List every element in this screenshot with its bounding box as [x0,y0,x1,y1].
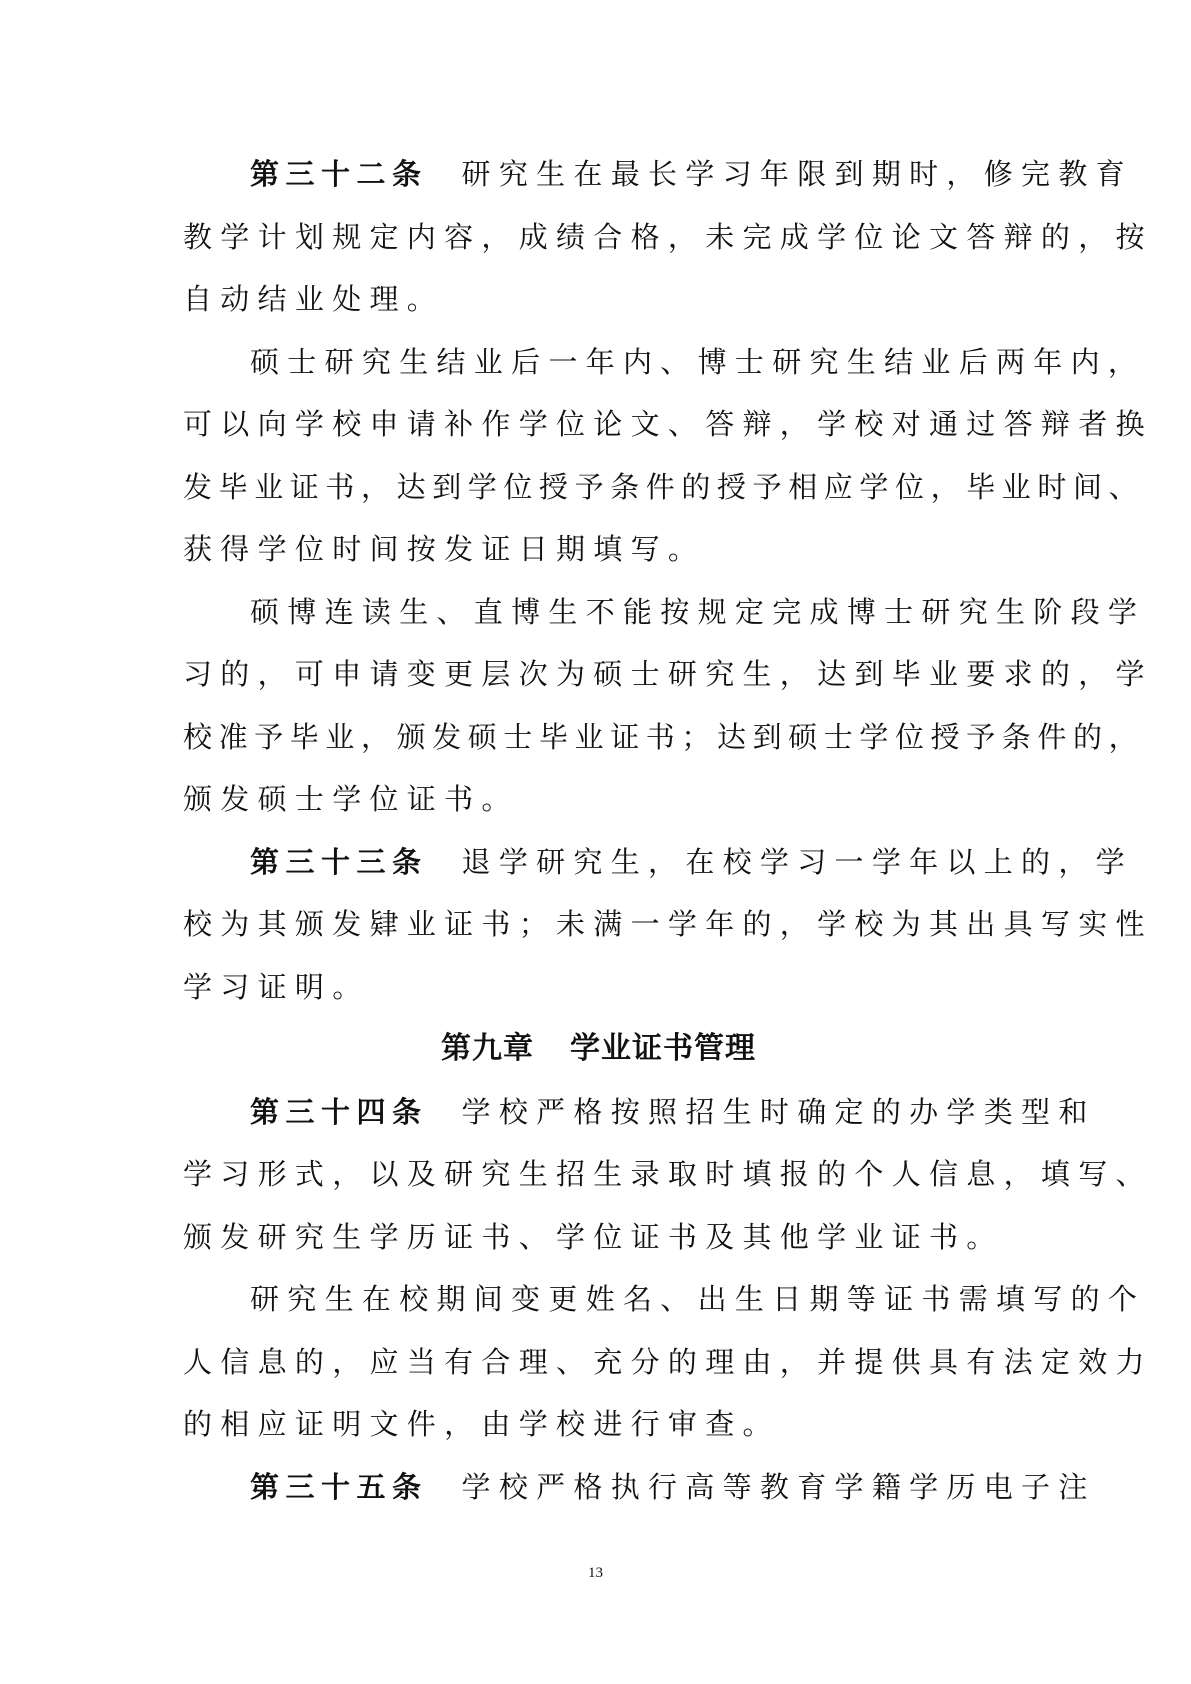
paragraph-line: 可以向学校申请补作学位论文、答辩，学校对通过答辩者换 [183,407,1023,441]
paragraph-text: 可以向学校申请补作学位论文、答辩，学校对通过答辩者换 [183,407,1153,441]
paragraph-line: 学习形式，以及研究生招生录取时填报的个人信息，填写、 [183,1157,1023,1191]
paragraph-text: 研究生在最长学习年限到期时，修完教育 [462,157,1133,191]
article-number: 第三十四条 [250,1095,428,1129]
paragraph-text: 硕博连读生、直博生不能按规定完成博士研究生阶段学 [250,595,1145,629]
article-35-line-1: 第三十五条学校严格执行高等教育学籍学历电子注 [250,1470,1090,1504]
paragraph-line: 研究生在校期间变更姓名、出生日期等证书需填写的个 [250,1282,1090,1316]
article-32-line-1: 第三十二条研究生在最长学习年限到期时，修完教育 [250,157,1090,191]
article-number: 第三十五条 [250,1470,428,1504]
paragraph-text: 学校严格执行高等教育学籍学历电子注 [462,1470,1096,1504]
page-number: 13 [0,1563,1191,1583]
paragraph-text: 人信息的，应当有合理、充分的理由，并提供具有法定效力 [183,1345,1153,1379]
paragraph-text: 学习证明。 [183,970,370,1004]
paragraph-text: 教学计划规定内容，成绩合格，未完成学位论文答辩的，按 [183,220,1153,254]
chapter-heading: 第九章学业证书管理 [0,1032,1191,1066]
paragraph-text: 退学研究生，在校学习一学年以上的，学 [462,845,1133,879]
paragraph-text: 习的，可申请变更层次为硕士研究生，达到毕业要求的，学 [183,657,1153,691]
paragraph-line: 学习证明。 [183,970,1023,1004]
paragraph-line: 校准予毕业，颁发硕士毕业证书；达到硕士学位授予条件的， [183,720,1023,754]
paragraph-text: 校为其颁发肄业证书；未满一学年的，学校为其出具写实性 [183,907,1153,941]
paragraph-text: 的相应证明文件，由学校进行审查。 [183,1407,780,1441]
article-34-line-1: 第三十四条学校严格按照招生时确定的办学类型和 [250,1095,1090,1129]
article-32-line-2: 教学计划规定内容，成绩合格，未完成学位论文答辩的，按 [183,220,1023,254]
paragraph-line: 发毕业证书，达到学位授予条件的授予相应学位，毕业时间、 [183,470,1023,504]
article-number: 第三十三条 [250,845,428,879]
paragraph-text: 发毕业证书，达到学位授予条件的授予相应学位，毕业时间、 [183,470,1144,504]
article-33-line-1: 第三十三条退学研究生，在校学习一学年以上的，学 [250,845,1090,879]
paragraph-line: 习的，可申请变更层次为硕士研究生，达到毕业要求的，学 [183,657,1023,691]
chapter-title: 学业证书管理 [570,1031,756,1066]
paragraph-text: 硕士研究生结业后一年内、博士研究生结业后两年内， [250,345,1145,379]
paragraph-text: 学习形式，以及研究生招生录取时填报的个人信息，填写、 [183,1157,1153,1191]
chapter-number: 第九章 [441,1031,534,1066]
paragraph-text: 研究生在校期间变更姓名、出生日期等证书需填写的个 [250,1282,1145,1316]
paragraph-text: 自动结业处理。 [183,282,444,316]
paragraph-text: 获得学位时间按发证日期填写。 [183,532,705,566]
paragraph-line: 颁发研究生学历证书、学位证书及其他学业证书。 [183,1220,1023,1254]
paragraph-line: 获得学位时间按发证日期填写。 [183,532,1023,566]
article-number: 第三十二条 [250,157,428,191]
paragraph-text: 学校严格按照招生时确定的办学类型和 [462,1095,1096,1129]
paragraph-text: 颁发硕士学位证书。 [183,782,519,816]
paragraph-text: 颁发研究生学历证书、学位证书及其他学业证书。 [183,1220,1004,1254]
article-32-line-3: 自动结业处理。 [183,282,1023,316]
paragraph-line: 人信息的，应当有合理、充分的理由，并提供具有法定效力 [183,1345,1023,1379]
paragraph-text: 校准予毕业，颁发硕士毕业证书；达到硕士学位授予条件的， [183,720,1144,754]
document-page: 第三十二条研究生在最长学习年限到期时，修完教育 教学计划规定内容，成绩合格，未完… [0,0,1191,1684]
paragraph-line: 校为其颁发肄业证书；未满一学年的，学校为其出具写实性 [183,907,1023,941]
paragraph-line: 硕士研究生结业后一年内、博士研究生结业后两年内， [250,345,1090,379]
paragraph-line: 硕博连读生、直博生不能按规定完成博士研究生阶段学 [250,595,1090,629]
paragraph-line: 的相应证明文件，由学校进行审查。 [183,1407,1023,1441]
paragraph-line: 颁发硕士学位证书。 [183,782,1023,816]
